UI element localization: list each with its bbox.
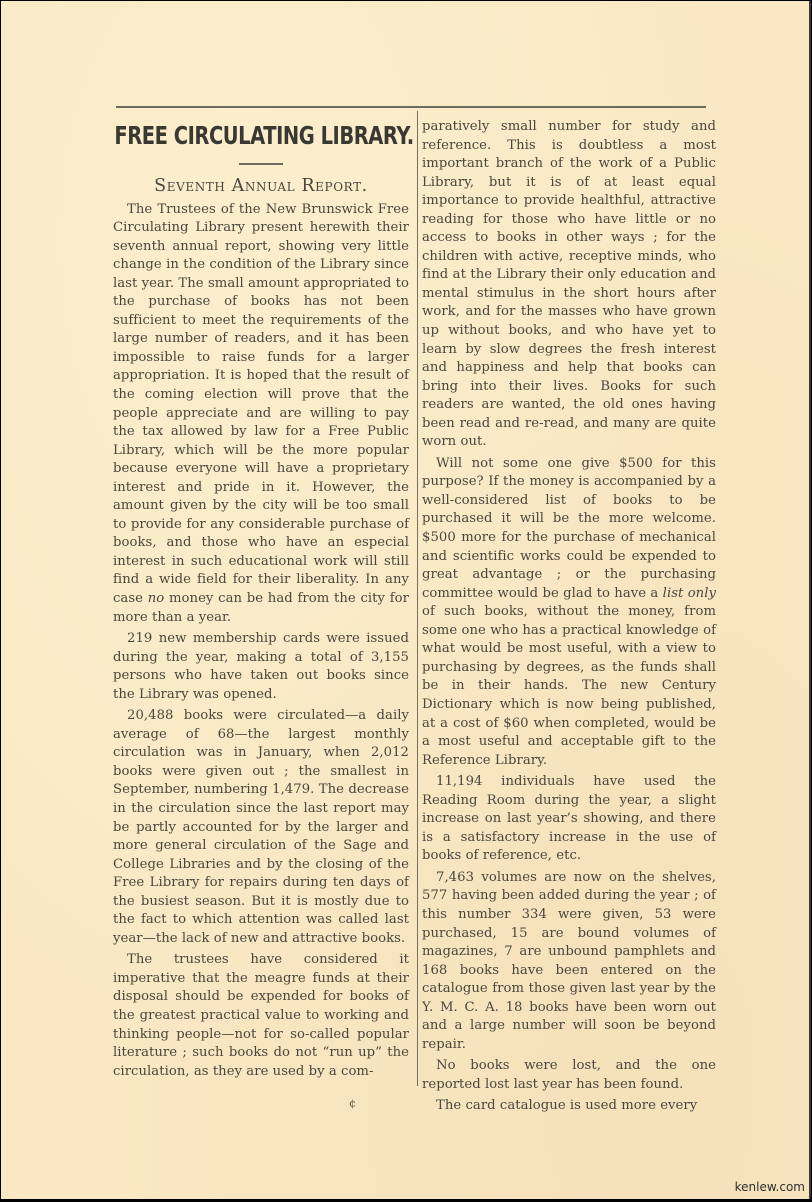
left-column: FREE CIRCULATING LIBRARY. Seventh Annual… [113, 115, 409, 1081]
paragraph-trustees: The trustees have considered it imperati… [113, 951, 409, 1081]
paragraph-circulation: 20,488 books were circulated—a daily ave… [113, 707, 409, 948]
right-column: paratively small number for study and re… [422, 118, 716, 1116]
folio-mark: ¢ [349, 1097, 356, 1110]
paragraph-intro: The Trustees of the New Brunswick Free C… [113, 201, 409, 628]
document-subtitle: Seventh Annual Report. [113, 175, 409, 197]
paragraph-card-catalogue: The card catalogue is used more every [422, 1097, 716, 1116]
watermark: kenlew.com [735, 1180, 805, 1194]
emphasis-no: no [148, 591, 165, 606]
paragraph-continued: paratively small number for study and re… [422, 118, 716, 452]
column-divider [417, 111, 418, 1086]
emphasis-list-only: list only [663, 586, 716, 601]
paragraph-lost-books: No books were lost, and the one reported… [422, 1057, 716, 1094]
paragraph-membership: 219 new membership cards were issued dur… [113, 630, 409, 704]
title-rule [239, 163, 283, 165]
document-page: FREE CIRCULATING LIBRARY. Seventh Annual… [1, 1, 811, 1199]
document-title: FREE CIRCULATING LIBRARY. [114, 121, 407, 151]
paragraph-volumes: 7,463 volumes are now on the shelves, 57… [422, 869, 716, 1054]
paragraph-donation-appeal: Will not some one give $500 for this pur… [422, 455, 716, 770]
top-rule [116, 106, 706, 108]
paragraph-reading-room: 11,194 individuals have used the Reading… [422, 773, 716, 866]
